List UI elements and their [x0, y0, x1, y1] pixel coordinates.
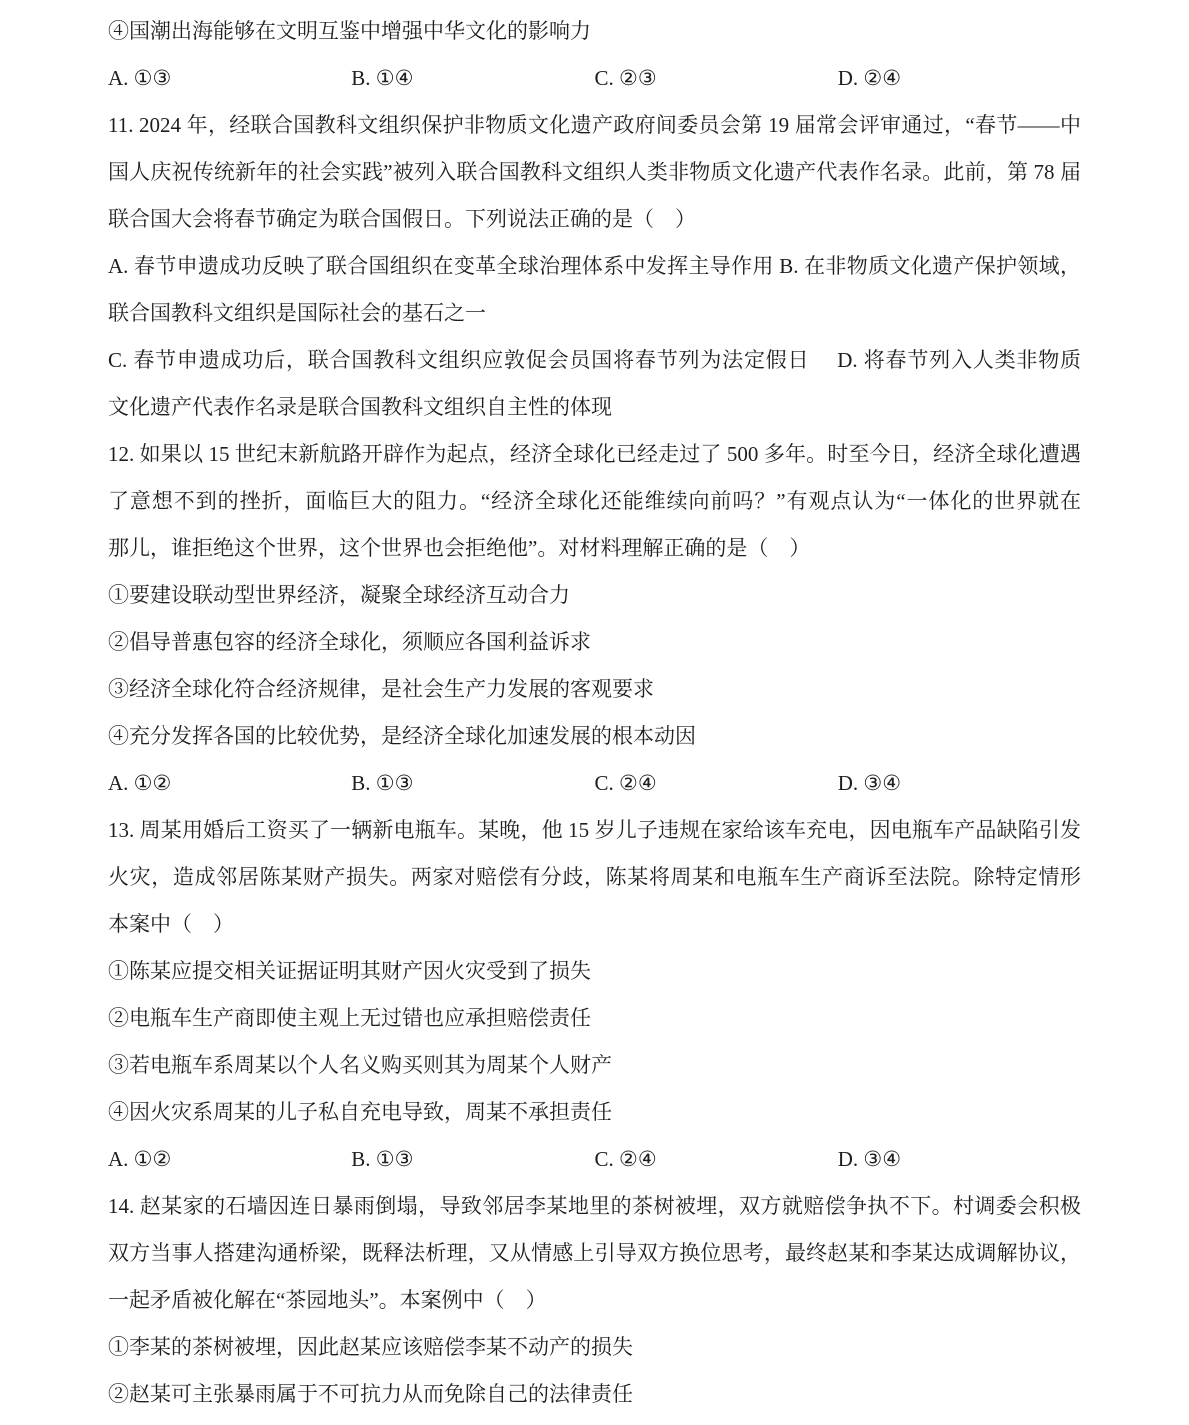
q13-option-c: C. ②④: [595, 1136, 838, 1183]
q13-options-row: A. ①② B. ①③ C. ②④ D. ③④: [108, 1136, 1081, 1183]
q14-statement-1: ①李某的茶树被埋，因此赵某应该赔偿李某不动产的损失: [108, 1324, 1081, 1371]
q12-statement-1: ①要建设联动型世界经济，凝聚全球经济互动合力: [108, 572, 1081, 619]
q12-stem-line-1: 12. 如果以 15 世纪末新航路开辟作为起点，经济全球化已经走过了 500 多…: [108, 431, 1081, 478]
exam-document-page: ④国潮出海能够在文明互鉴中增强中华文化的影响力 A. ①③ B. ①④ C. ②…: [0, 0, 1189, 1425]
q14-stem-line-2: 双方当事人搭建沟通桥梁，既释法析理，又从情感上引导双方换位思考，最终赵某和李某达…: [108, 1230, 1081, 1277]
q11-options-cd-line: C. 春节申遗成功后，联合国教科文组织应敦促会员国将春节列为法定假日 D. 将春…: [108, 337, 1081, 384]
q11-option-b-continuation: 联合国教科文组织是国际社会的基石之一: [108, 290, 1081, 337]
q13-statement-4: ④因火灾系周某的儿子私自充电导致，周某不承担责任: [108, 1089, 1081, 1136]
q13-stem-line-2: 火灾，造成邻居陈某财产损失。两家对赔偿有分歧，陈某将周某和电瓶车生产商诉至法院。…: [108, 854, 1081, 901]
q13-option-a: A. ①②: [108, 1136, 351, 1183]
q10-option-b: B. ①④: [351, 55, 594, 102]
q10-statement-4: ④国潮出海能够在文明互鉴中增强中华文化的影响力: [108, 8, 1081, 55]
q12-options-row: A. ①② B. ①③ C. ②④ D. ③④: [108, 760, 1081, 807]
q14-statement-2: ②赵某可主张暴雨属于不可抗力从而免除自己的法律责任: [108, 1371, 1081, 1418]
q11-stem-line-1: 11. 2024 年，经联合国教科文组织保护非物质文化遗产政府间委员会第 19 …: [108, 102, 1081, 149]
q12-option-a: A. ①②: [108, 760, 351, 807]
q12-option-b: B. ①③: [351, 760, 594, 807]
q14-stem-line-3: 一起矛盾被化解在“茶园地头”。本案例中（ ）: [108, 1277, 1081, 1324]
q13-stem-line-1: 13. 周某用婚后工资买了一辆新电瓶车。某晚，他 15 岁儿子违规在家给该车充电…: [108, 807, 1081, 854]
q10-option-c: C. ②③: [595, 55, 838, 102]
q10-option-d: D. ②④: [838, 55, 1081, 102]
q13-option-b: B. ①③: [351, 1136, 594, 1183]
q11-stem-line-2: 国人庆祝传统新年的社会实践”被列入联合国教科文组织人类非物质文化遗产代表作名录。…: [108, 149, 1081, 196]
q13-option-d: D. ③④: [838, 1136, 1081, 1183]
q12-option-c: C. ②④: [595, 760, 838, 807]
q12-option-d: D. ③④: [838, 760, 1081, 807]
q13-stem-line-3: 本案中（ ）: [108, 901, 1081, 948]
q12-statement-3: ③经济全球化符合经济规律，是社会生产力发展的客观要求: [108, 666, 1081, 713]
q11-stem-line-3: 联合国大会将春节确定为联合国假日。下列说法正确的是（ ）: [108, 196, 1081, 243]
q13-statement-2: ②电瓶车生产商即使主观上无过错也应承担赔偿责任: [108, 995, 1081, 1042]
q13-statement-1: ①陈某应提交相关证据证明其财产因火灾受到了损失: [108, 948, 1081, 995]
q12-statement-4: ④充分发挥各国的比较优势，是经济全球化加速发展的根本动因: [108, 713, 1081, 760]
q13-statement-3: ③若电瓶车系周某以个人名义购买则其为周某个人财产: [108, 1042, 1081, 1089]
q12-stem-line-2: 了意想不到的挫折，面临巨大的阻力。“经济全球化还能维续向前吗？”有观点认为“一体…: [108, 478, 1081, 525]
q10-option-a: A. ①③: [108, 55, 351, 102]
q10-options-row: A. ①③ B. ①④ C. ②③ D. ②④: [108, 55, 1081, 102]
q12-statement-2: ②倡导普惠包容的经济全球化，须顺应各国利益诉求: [108, 619, 1081, 666]
q11-options-ab-line: A. 春节申遗成功反映了联合国组织在变革全球治理体系中发挥主导作用 B. 在非物…: [108, 243, 1081, 290]
q12-stem-line-3: 那儿，谁拒绝这个世界，这个世界也会拒绝他”。对材料理解正确的是（ ）: [108, 525, 1081, 572]
q14-stem-line-1: 14. 赵某家的石墙因连日暴雨倒塌，导致邻居李某地里的茶树被埋，双方就赔偿争执不…: [108, 1183, 1081, 1230]
q11-option-d-continuation: 文化遗产代表作名录是联合国教科文组织自主性的体现: [108, 384, 1081, 431]
